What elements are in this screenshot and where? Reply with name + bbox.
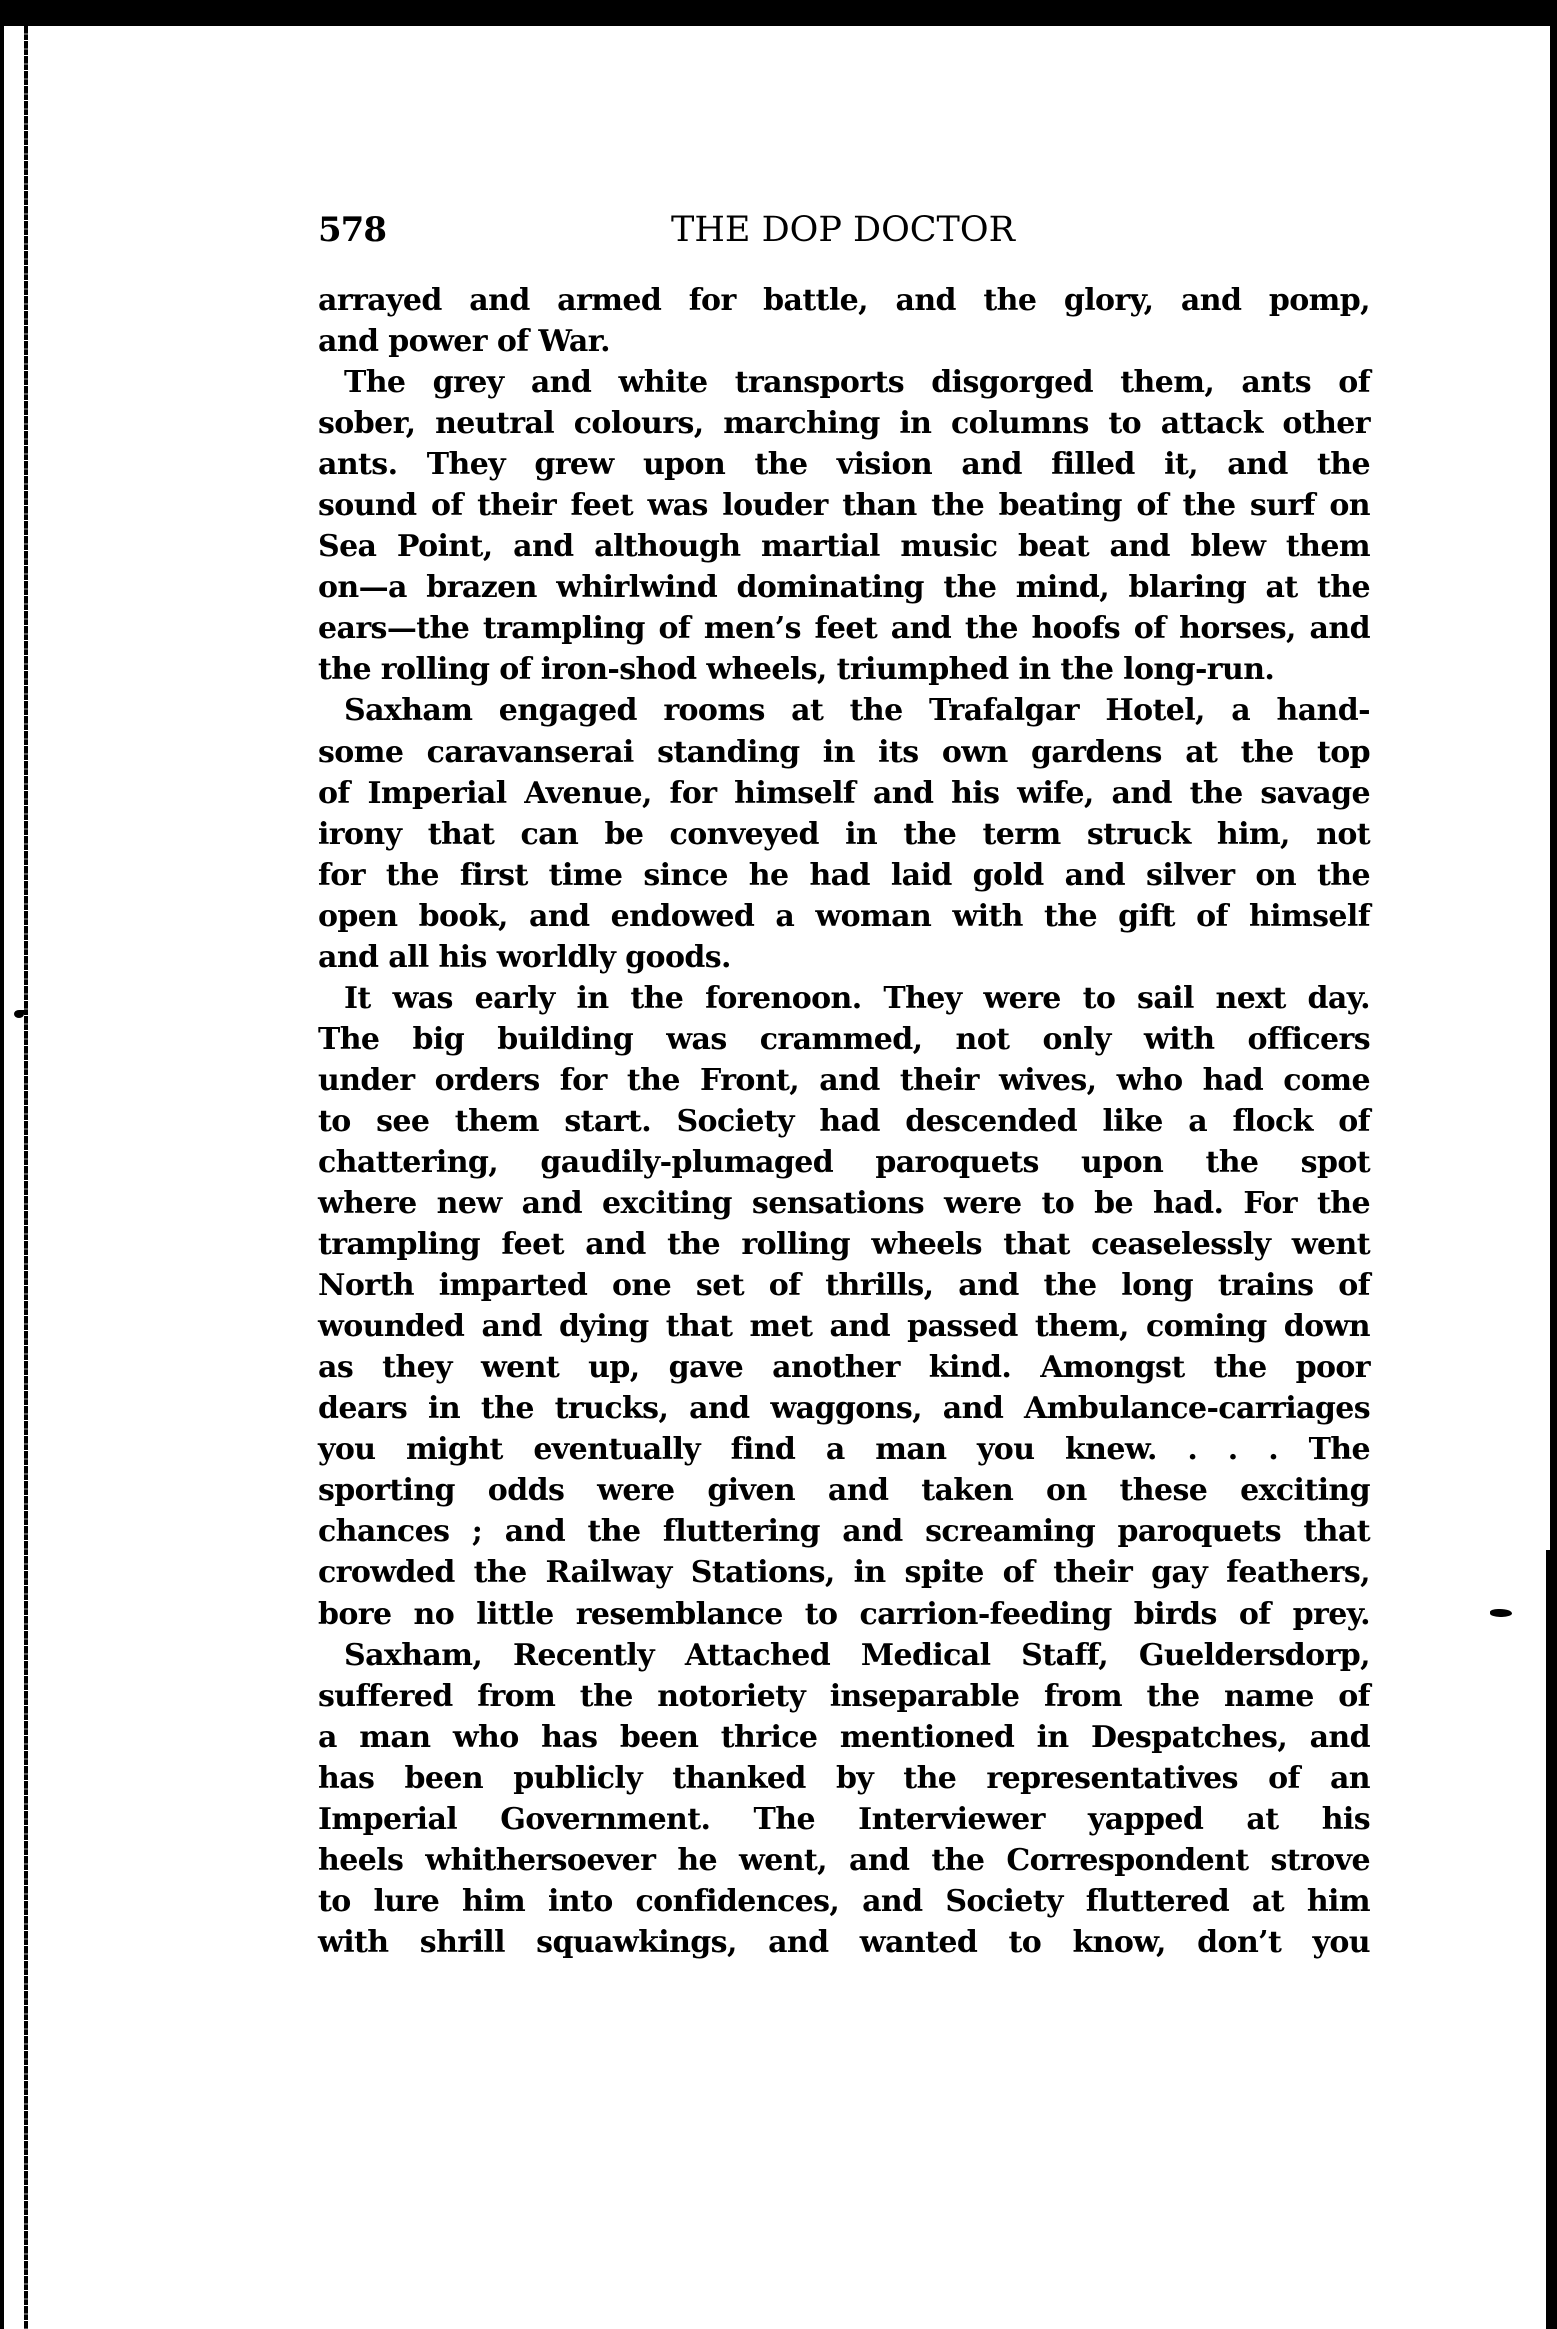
text-line: ears—the trampling of men’s feet and the… [318,608,1370,649]
text-line: for the first time since he had laid gol… [318,855,1370,896]
text-line: where new and exciting sensations were t… [318,1183,1370,1224]
text-line: chances ; and the fluttering and screami… [318,1511,1370,1552]
text-line: Imperial Government. The Interviewer yap… [318,1799,1370,1840]
text-line: and all his worldly goods. [318,937,1370,978]
body-text: arrayed and armed for battle, and the gl… [318,280,1370,1963]
text-line: The big building was crammed, not only w… [318,1019,1370,1060]
paragraph: Saxham engaged rooms at the Trafalgar Ho… [318,690,1370,977]
text-line: sober, neutral colours, marching in colu… [318,403,1370,444]
text-line: of Imperial Avenue, for himself and his … [318,773,1370,814]
paragraph: arrayed and armed for battle, and the gl… [318,280,1370,362]
page-gutter-edge [24,26,28,2329]
text-line: suffered from the notoriety inseparable … [318,1676,1370,1717]
text-line: and power of War. [318,321,1370,362]
text-line: has been publicly thanked by the represe… [318,1758,1370,1799]
running-head: 578 THE DOP DOCTOR [318,208,1368,252]
text-line: heels whithersoever he went, and the Cor… [318,1840,1370,1881]
text-line: irony that can be conveyed in the term s… [318,814,1370,855]
text-line: chattering, gaudily-plumaged paroquets u… [318,1142,1370,1183]
scan-left-border [0,26,4,2329]
text-line: arrayed and armed for battle, and the gl… [318,280,1370,321]
text-line: bore no little resemblance to carrion-fe… [318,1594,1370,1635]
text-line: a man who has been thrice mentioned in D… [318,1717,1370,1758]
text-line: the rolling of iron-shod wheels, triumph… [318,649,1370,690]
text-line: It was early in the forenoon. They were … [318,978,1370,1019]
paragraph: Saxham, Recently Attached Medical Staff,… [318,1635,1370,1963]
text-line: North imparted one set of thrills, and t… [318,1265,1370,1306]
text-line: to see them start. Society had descended… [318,1101,1370,1142]
text-line: some caravanserai standing in its own ga… [318,732,1370,773]
text-line: open book, and endowed a woman with the … [318,896,1370,937]
text-line: Saxham, Recently Attached Medical Staff,… [318,1635,1370,1676]
text-line: dears in the trucks, and waggons, and Am… [318,1388,1370,1429]
text-line: sporting odds were given and taken on th… [318,1470,1370,1511]
scan-speck-left [14,1010,24,1018]
paragraph: The grey and white transports disgorged … [318,362,1370,690]
text-line: The grey and white transports disgorged … [318,362,1370,403]
text-line: as they went up, gave another kind. Amon… [318,1347,1370,1388]
paragraph: It was early in the forenoon. They were … [318,978,1370,1635]
text-line: Sea Point, and although martial music be… [318,526,1370,567]
running-title: THE DOP DOCTOR [318,208,1368,252]
scan-right-border-lower [1546,1550,1557,2329]
scan-top-border [0,0,1557,26]
text-line: ants. They grew upon the vision and fill… [318,444,1370,485]
scan-speck-right [1490,1609,1512,1617]
text-line: on—a brazen whirlwind dominating the min… [318,567,1370,608]
text-line: trampling feet and the rolling wheels th… [318,1224,1370,1265]
text-line: to lure him into confidences, and Societ… [318,1881,1370,1922]
text-line: wounded and dying that met and passed th… [318,1306,1370,1347]
text-line: you might eventually find a man you knew… [318,1429,1370,1470]
text-line: sound of their feet was louder than the … [318,485,1370,526]
text-line: with shrill squawkings, and wanted to kn… [318,1922,1370,1963]
text-line: crowded the Railway Stations, in spite o… [318,1552,1370,1593]
text-line: under orders for the Front, and their wi… [318,1060,1370,1101]
text-line: Saxham engaged rooms at the Trafalgar Ho… [318,690,1370,731]
